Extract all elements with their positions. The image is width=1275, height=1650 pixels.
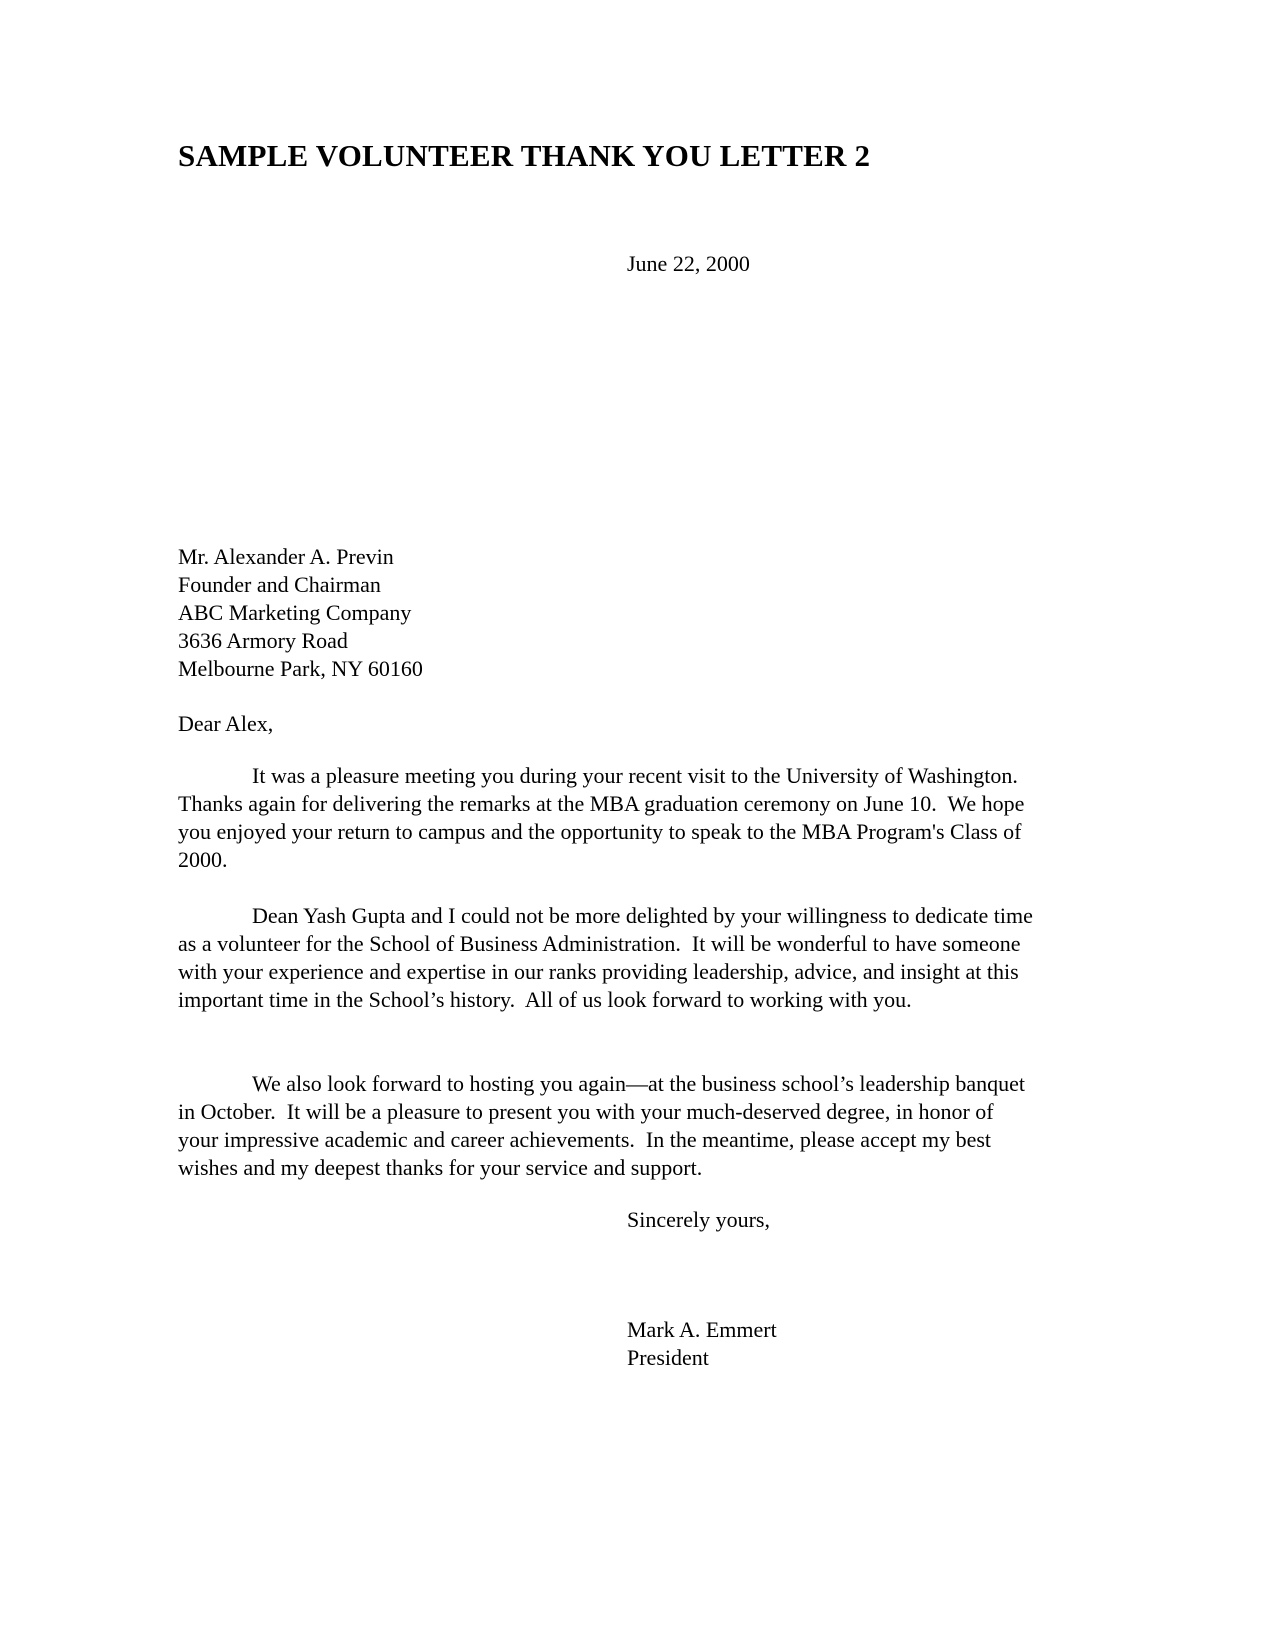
- complimentary-closing: Sincerely yours,: [627, 1206, 770, 1234]
- recipient-address-block: Mr. Alexander A. Previn Founder and Chai…: [178, 543, 423, 683]
- body-paragraph-2: Dean Yash Gupta and I could not be more …: [178, 902, 1033, 1014]
- body-paragraph-3: We also look forward to hosting you agai…: [178, 1070, 1033, 1182]
- recipient-name: Mr. Alexander A. Previn: [178, 543, 423, 571]
- body-paragraph-1: It was a pleasure meeting you during you…: [178, 762, 1033, 874]
- recipient-street: 3636 Armory Road: [178, 627, 423, 655]
- letter-page: SAMPLE VOLUNTEER THANK YOU LETTER 2 June…: [0, 0, 1275, 1650]
- signature-name: Mark A. Emmert: [627, 1316, 777, 1344]
- letter-date: June 22, 2000: [627, 250, 750, 278]
- recipient-company: ABC Marketing Company: [178, 599, 423, 627]
- recipient-job-title: Founder and Chairman: [178, 571, 423, 599]
- signature-block: Mark A. Emmert President: [627, 1316, 777, 1372]
- document-title: SAMPLE VOLUNTEER THANK YOU LETTER 2: [178, 138, 870, 174]
- recipient-city-state-zip: Melbourne Park, NY 60160: [178, 655, 423, 683]
- signature-job-title: President: [627, 1344, 777, 1372]
- salutation: Dear Alex,: [178, 710, 273, 738]
